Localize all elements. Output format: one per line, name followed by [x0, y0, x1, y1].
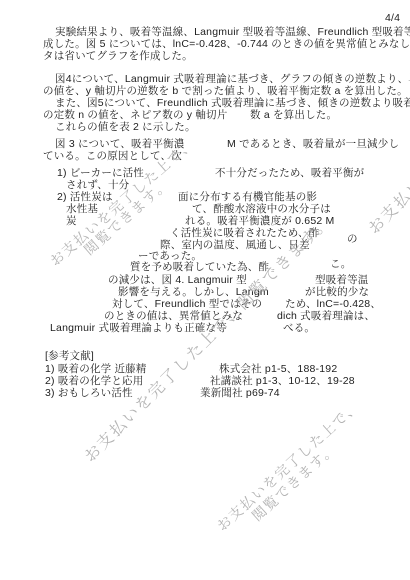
- text-segment: 3) おもしろい活性: [45, 388, 133, 399]
- text-segment: 質を予め吸着していた為、酢: [130, 262, 269, 273]
- text-segment: こ。: [330, 259, 351, 270]
- text-segment: 成した。図 5 については、lnC=-0.428、-0.744 のときの値を異常…: [43, 39, 410, 50]
- text-segment: Langmuir 式吸着理論よりも正確な等: [50, 323, 227, 334]
- text-segment: 炭: [66, 216, 77, 227]
- text-segment: 対して、Freundlich 型ではその: [112, 299, 262, 310]
- text-segment: 水性基: [66, 204, 98, 215]
- text-segment: の: [347, 234, 358, 245]
- text-segment: 社講談社 p1-3、10-12、19-28: [210, 376, 355, 387]
- text-segment: の減少は、図 4. Langmuir 型: [108, 275, 247, 286]
- document-page: 4/4 実験結果より、吸着等温線、Langmuir 型吸着等温線、Freundl…: [0, 0, 410, 580]
- text-segment: ため、lnC=-0.428、: [285, 299, 381, 310]
- text-segment: て、酢酸水溶液中の水分子は: [192, 204, 331, 215]
- text-segment: タは省いてグラフを作成した。: [43, 51, 193, 62]
- text-segment: の定数 n の値を、ネピア数の y 軸切片: [43, 110, 227, 121]
- text-segment: 面に分布する有機官能基の影: [178, 192, 317, 203]
- text-segment: dich 式吸着理論は、: [277, 311, 375, 322]
- text-segment: 2) 活性炭は: [57, 192, 113, 203]
- text-segment: また、図5について、Freundlich 式吸着理論に基づき、傾きの逆数より吸着…: [55, 98, 410, 109]
- text-segment: 1) 吸着の化学 近藤精: [45, 364, 147, 375]
- page-number: 4/4: [385, 13, 400, 24]
- text-segment: 型吸着等温: [315, 275, 369, 286]
- text-segment: M であるとき、吸着量が一旦減少し: [227, 139, 399, 150]
- text-segment: [参考文献]: [45, 351, 94, 362]
- text-segment: 業新聞社 p69-74: [200, 388, 280, 399]
- watermark-text: お支払いを完了した上で、: [214, 398, 363, 534]
- text-segment: 1) ビーカーに活性: [57, 168, 144, 179]
- text-segment: 不十分だったため、吸着平衡が: [215, 168, 364, 179]
- text-segment: く活性炭に吸着されたため、酢: [170, 228, 319, 239]
- text-segment: のときの値は、異常値とみな: [104, 311, 243, 322]
- text-segment: 影響を与える。しかし、Langm: [118, 287, 269, 298]
- text-segment: されず、十分: [66, 180, 129, 191]
- text-segment: これらの値を表 2 に示した。: [55, 122, 196, 133]
- text-segment: 数 a を算出した。: [250, 110, 337, 121]
- watermark-text: 閲覧できます。: [249, 440, 340, 524]
- text-segment: 株式会社 p1-5、188-192: [219, 364, 337, 375]
- text-segment: れる。吸着平衡濃度が 0.652 M: [185, 216, 334, 227]
- text-segment: が比較的少な: [305, 287, 369, 298]
- text-segment: の値を、y 軸切片の逆数を b で割った値より、吸着平衡定数 a を算出した。: [43, 86, 408, 97]
- text-segment: 図4について、Langmuir 式吸着理論に基づき、グラフの傾きの逆数より、単分…: [55, 74, 410, 85]
- text-segment: 2) 吸着の化学と応用: [45, 376, 143, 387]
- text-segment: ている。この原因として、次: [43, 151, 182, 162]
- text-segment: 実験結果より、吸着等温線、Langmuir 型吸着等温線、Freundlich …: [55, 27, 410, 38]
- text-segment: 図 3 について、吸着平衡濃: [55, 139, 185, 150]
- text-segment: べる。: [283, 323, 315, 334]
